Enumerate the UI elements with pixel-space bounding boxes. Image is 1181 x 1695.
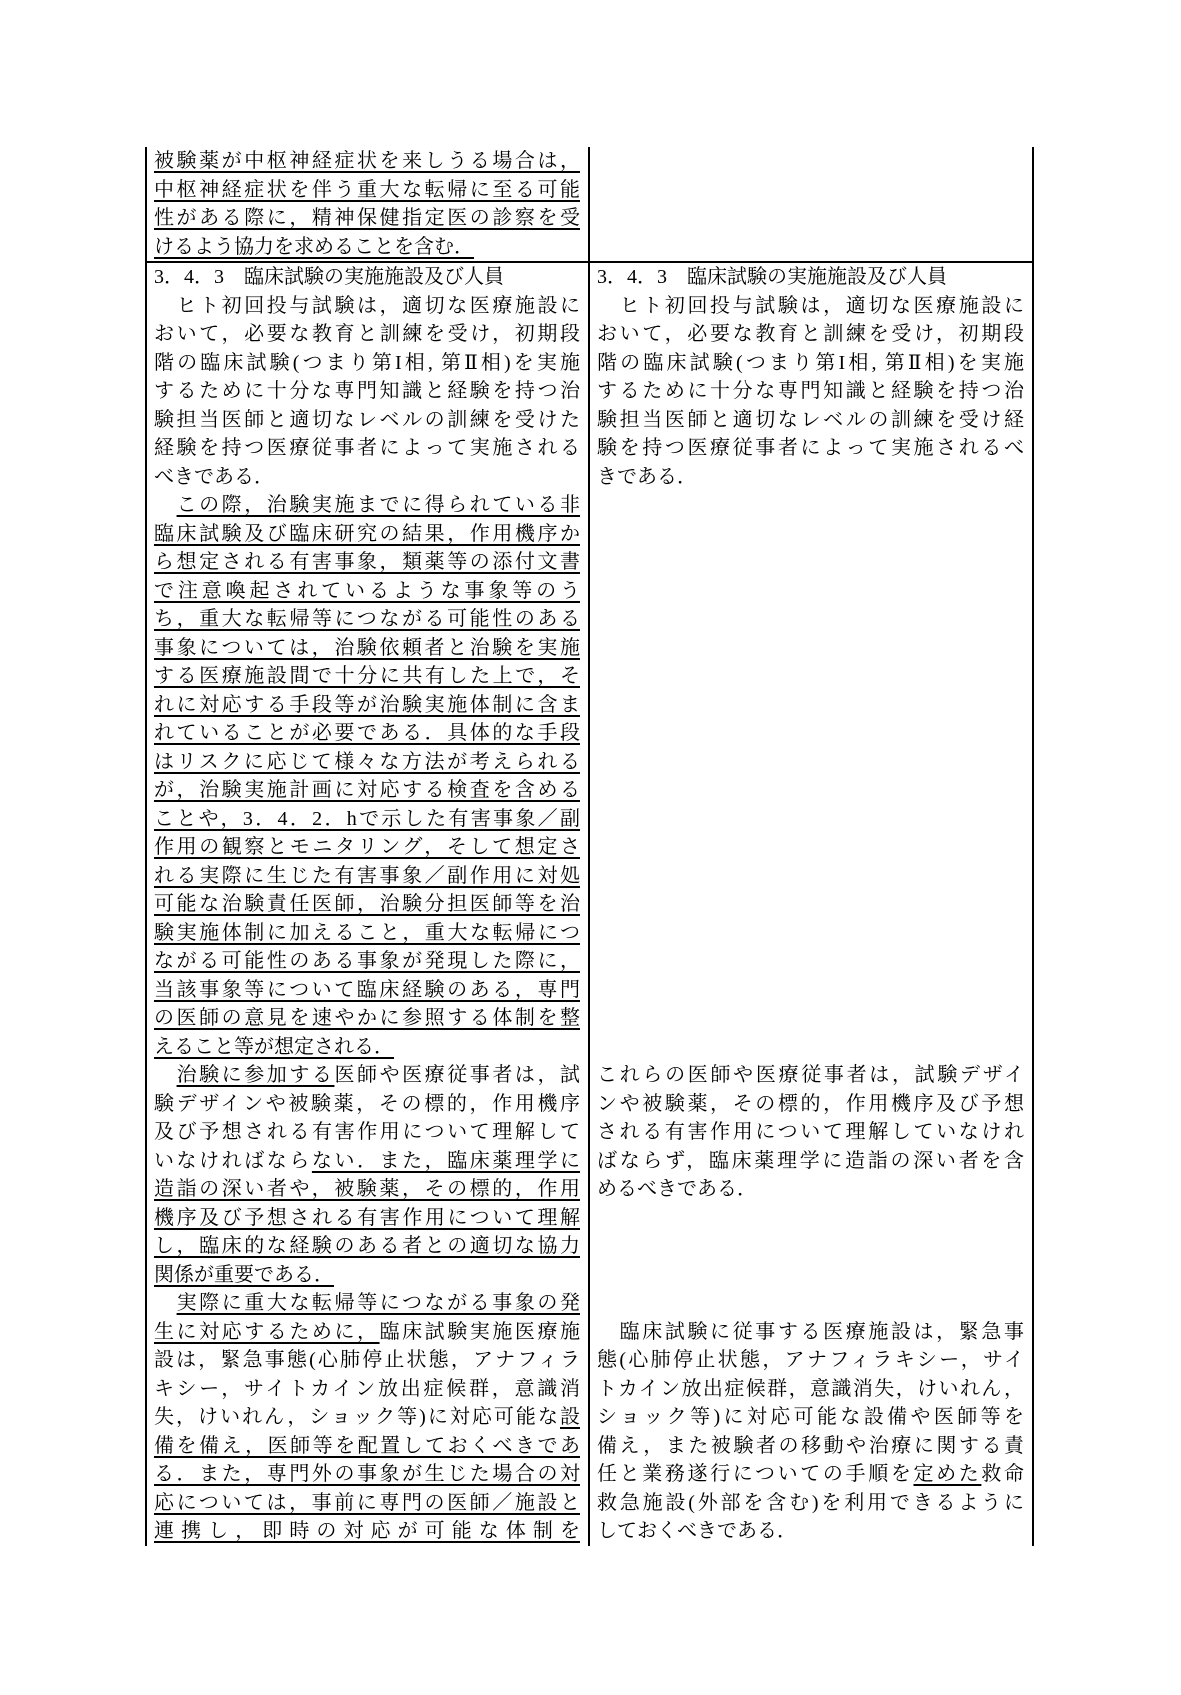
text-segment: 階の臨床試験(つまり第I相, 第Ⅱ相)を実施 bbox=[154, 352, 580, 374]
underlined-segment: で注意喚起されているような事象等のう bbox=[154, 580, 580, 602]
text-line: れに対応する手段等が治験実施体制に含ま bbox=[154, 691, 580, 720]
underlined-segment: が，治験実施計画に対応する検査を含める bbox=[154, 779, 580, 801]
text-line: 態(心肺停止状態，アナフィラキシー，サイ bbox=[597, 1346, 1024, 1375]
text-line: 任と業務遂行についての手順を定めた救命 bbox=[597, 1460, 1024, 1489]
text-segment: これらの医師や医療従事者は，試験デザイ bbox=[597, 1064, 1024, 1086]
text-line: するために十分な専門知識と経験を持つ治 bbox=[154, 377, 580, 406]
text-segment: 験デザインや被験薬，その標的，作用機序 bbox=[154, 1093, 580, 1115]
text-line: れる実際に生じた有害事象／副作用に対処 bbox=[154, 862, 580, 891]
comparison-table: 被験薬が中枢神経症状を来しうる場合は，中枢神経症状を伴う重大な転帰に至る可能性が… bbox=[145, 147, 1034, 1546]
text-line: 経験を持つ医療従事者によって実施される bbox=[154, 434, 580, 463]
underlined-segment: し，臨床的な経験のある者との適切な協力 bbox=[154, 1235, 580, 1257]
text-segment: 経験を持つ医療従事者によって実施される bbox=[154, 437, 580, 459]
paragraph: ヒト初回投与試験は，適切な医療施設において，必要な教育と訓練を受け，初期段階の臨… bbox=[154, 292, 580, 492]
text-segment: 態(心肺停止状態，アナフィラキシー，サイ bbox=[597, 1349, 1024, 1371]
text-line: しておくべきである． bbox=[597, 1517, 1024, 1546]
paragraph: ヒト初回投与試験は，適切な医療施設において，必要な教育と訓練を受け，初期段階の臨… bbox=[597, 292, 1024, 492]
underlined-segment: 設 bbox=[560, 1406, 580, 1428]
underlined-segment: 備を備え，医師等を配置しておくべきであ bbox=[154, 1435, 580, 1457]
text-segment: 階の臨床試験(つまり第I相, 第Ⅱ相)を実施 bbox=[597, 352, 1024, 374]
text-segment: いなければなら bbox=[154, 1150, 312, 1172]
text-segment: 備え，また被験者の移動や治療に関する責 bbox=[597, 1435, 1024, 1457]
text-segment: ショック等)に対応可能な設備や医師等を bbox=[597, 1406, 1024, 1428]
underlined-segment: ことや，3．4．2．hで示した有害事象／副 bbox=[154, 808, 580, 830]
text-line: 臨床試験及び臨床研究の結果，作用機序か bbox=[154, 520, 580, 549]
underlined-segment: 定めた bbox=[913, 1463, 981, 1485]
text-line: 生に対応するために，臨床試験実施医療施 bbox=[154, 1318, 580, 1347]
row-2-cell-right: 3．4．3 臨床試験の実施施設及び人員 ヒト初回投与試験は，適切な医療施設におい… bbox=[590, 263, 1034, 1546]
text-line: けるよう協力を求めることを含む． bbox=[154, 233, 580, 262]
text-line: 験デザインや被験薬，その標的，作用機序 bbox=[154, 1090, 580, 1119]
text-line: れていることが必要である．具体的な手段 bbox=[154, 719, 580, 748]
text-segment: 救命 bbox=[981, 1463, 1024, 1485]
text-segment: するために十分な専門知識と経験を持つ治 bbox=[154, 380, 580, 402]
text-segment: 任と業務遂行についての手順を bbox=[597, 1463, 913, 1485]
text-line: 被験薬が中枢神経症状を来しうる場合は， bbox=[154, 147, 580, 176]
text-line: キシー，サイトカイン放出症候群，意識消 bbox=[154, 1375, 580, 1404]
text-segment: べきである． bbox=[154, 466, 274, 488]
underlined-segment: 治験に参加する bbox=[177, 1064, 335, 1086]
document-page: 被験薬が中枢神経症状を来しうる場合は，中枢神経症状を伴う重大な転帰に至る可能性が… bbox=[0, 0, 1181, 1695]
underlined-segment: 事象については，治験依頼者と治験を実施 bbox=[154, 637, 580, 659]
paragraph: 治験に参加する医師や医療従事者は，試験デザインや被験薬，その標的，作用機序及び予… bbox=[154, 1061, 580, 1289]
text-line: 中枢神経症状を伴う重大な転帰に至る可能 bbox=[154, 176, 580, 205]
text-line: きである． bbox=[597, 463, 1024, 492]
text-line: めるべきである． bbox=[597, 1175, 1024, 1204]
text-line: ながる可能性のある事象が発現した際に， bbox=[154, 947, 580, 976]
text-segment: ヒト初回投与試験は，適切な医療施設に bbox=[154, 295, 580, 317]
underlined-segment: はリスクに応じて様々な方法が考えられる bbox=[154, 751, 580, 773]
underlined-segment: ち，重大な転帰等につながる可能性のある bbox=[154, 608, 580, 630]
underlined-segment: 生に対応するために， bbox=[154, 1321, 380, 1343]
underlined-segment: ない．また，臨床薬理学に bbox=[312, 1150, 580, 1172]
text-segment: 失，けいれん，ショック等)に対応可能な bbox=[154, 1406, 560, 1428]
underlined-segment: れに対応する手段等が治験実施体制に含ま bbox=[154, 694, 580, 716]
underlined-segment: 連携し，即時の対応が可能な体制を bbox=[154, 1520, 580, 1542]
text-segment: される有害作用について理解していなけれ bbox=[597, 1121, 1024, 1143]
text-line: ことや，3．4．2．hで示した有害事象／副 bbox=[154, 805, 580, 834]
text-line: 当該事象等について臨床経験のある，専門 bbox=[154, 976, 580, 1005]
text-line: おいて，必要な教育と訓練を受け，初期段 bbox=[597, 320, 1024, 349]
text-line: 階の臨床試験(つまり第I相, 第Ⅱ相)を実施 bbox=[154, 349, 580, 378]
text-line: する医療施設間で十分に共有した上で，そ bbox=[154, 662, 580, 691]
paragraph: この際，治験実施までに得られている非臨床試験及び臨床研究の結果，作用機序から想定… bbox=[154, 491, 580, 1061]
underlined-segment: する医療施設間で十分に共有した上で，そ bbox=[154, 665, 580, 687]
text-segment: ンや被験薬，その標的，作用機序及び予想 bbox=[597, 1093, 1024, 1115]
text-line: の医師の意見を速やかに参照する体制を整 bbox=[154, 1004, 580, 1033]
underlined-segment: 応については，事前に専門の医師／施設と bbox=[154, 1492, 580, 1514]
text-line: ヒト初回投与試験は，適切な医療施設に bbox=[154, 292, 580, 321]
text-line: 備を備え，医師等を配置しておくべきであ bbox=[154, 1432, 580, 1461]
underlined-segment: 関係が重要である． bbox=[154, 1264, 334, 1286]
text-line: し，臨床的な経験のある者との適切な協力 bbox=[154, 1232, 580, 1261]
underlined-segment: けるよう協力を求めることを含む． bbox=[154, 236, 474, 258]
text-line: 3．4．3 臨床試験の実施施設及び人員 bbox=[154, 263, 580, 292]
text-line: ち，重大な転帰等につながる可能性のある bbox=[154, 605, 580, 634]
text-line: 験担当医師と適切なレベルの訓練を受け経 bbox=[597, 406, 1024, 435]
paragraph: 3．4．3 臨床試験の実施施設及び人員 bbox=[154, 263, 580, 292]
paragraph: これらの医師や医療従事者は，試験デザインや被験薬，その標的，作用機序及び予想され… bbox=[597, 1061, 1024, 1204]
text-line: ショック等)に対応可能な設備や医師等を bbox=[597, 1403, 1024, 1432]
underlined-segment: ら想定される有害事象，類薬等の添付文書 bbox=[154, 551, 580, 573]
text-line: べきである． bbox=[154, 463, 580, 492]
text-line: ばならず，臨床薬理学に造詣の深い者を含 bbox=[597, 1147, 1024, 1176]
text-segment: 験担当医師と適切なレベルの訓練を受け経 bbox=[597, 409, 1024, 431]
text-line: で注意喚起されているような事象等のう bbox=[154, 577, 580, 606]
text-line: 作用の観察とモニタリング，そして想定さ bbox=[154, 833, 580, 862]
text-line: 救急施設(外部を含む)を利用できるように bbox=[597, 1489, 1024, 1518]
text-line: 機序及び予想される有害作用について理解 bbox=[154, 1204, 580, 1233]
text-line: る．また，専門外の事象が生じた場合の対 bbox=[154, 1460, 580, 1489]
text-line: 連携し，即時の対応が可能な体制を bbox=[154, 1517, 580, 1546]
text-line: おいて，必要な教育と訓練を受け，初期段 bbox=[154, 320, 580, 349]
text-line: ンや被験薬，その標的，作用機序及び予想 bbox=[597, 1090, 1024, 1119]
text-line: ら想定される有害事象，類薬等の添付文書 bbox=[154, 548, 580, 577]
underlined-segment: えること等が想定される． bbox=[154, 1036, 394, 1058]
underlined-segment: 当該事象等について臨床経験のある，専門 bbox=[154, 979, 580, 1001]
text-segment: 医師や医療従事者は，試 bbox=[334, 1064, 580, 1086]
text-segment: キシー，サイトカイン放出症候群，意識消 bbox=[154, 1378, 580, 1400]
underlined-segment: 性がある際に，精神保健指定医の診察を受 bbox=[154, 207, 580, 229]
text-segment: 臨床試験実施医療施 bbox=[380, 1321, 580, 1343]
underlined-segment: れる実際に生じた有害事象／副作用に対処 bbox=[154, 865, 580, 887]
text-segment bbox=[154, 1064, 177, 1086]
text-segment: おいて，必要な教育と訓練を受け，初期段 bbox=[154, 323, 580, 345]
text-segment: 設は，緊急事態(心肺停止状態，アナフィラ bbox=[154, 1349, 580, 1371]
underlined-segment: の医師の意見を速やかに参照する体制を整 bbox=[154, 1007, 580, 1029]
text-line: 験実施体制に加えること，重大な転帰につ bbox=[154, 919, 580, 948]
text-segment: するために十分な専門知識と経験を持つ治 bbox=[597, 380, 1024, 402]
underlined-segment: 被験薬が中枢神経症状を来しうる場合は， bbox=[154, 150, 580, 172]
text-line: 設は，緊急事態(心肺停止状態，アナフィラ bbox=[154, 1346, 580, 1375]
table-row-2: 3．4．3 臨床試験の実施施設及び人員 ヒト初回投与試験は，適切な医療施設におい… bbox=[145, 263, 1034, 1546]
text-line: 治験に参加する医師や医療従事者は，試 bbox=[154, 1061, 580, 1090]
text-line: ヒト初回投与試験は，適切な医療施設に bbox=[597, 292, 1024, 321]
text-segment: 臨床試験に従事する医療施設は，緊急事 bbox=[597, 1321, 1024, 1343]
text-line: 造詣の深い者や，被験薬，その標的，作用 bbox=[154, 1175, 580, 1204]
text-line: 備え，また被験者の移動や治療に関する責 bbox=[597, 1432, 1024, 1461]
text-line: 験担当医師と適切なレベルの訓練を受けた bbox=[154, 406, 580, 435]
underlined-segment: る．また，専門外の事象が生じた場合の対 bbox=[154, 1463, 580, 1485]
text-line: するために十分な専門知識と経験を持つ治 bbox=[597, 377, 1024, 406]
underlined-segment: 造詣の深い者や，被験薬，その標的，作用 bbox=[154, 1178, 580, 1200]
table-row-1: 被験薬が中枢神経症状を来しうる場合は，中枢神経症状を伴う重大な転帰に至る可能性が… bbox=[145, 147, 1034, 263]
text-line: が，治験実施計画に対応する検査を含める bbox=[154, 776, 580, 805]
underlined-segment: 臨床試験及び臨床研究の結果，作用機序か bbox=[154, 523, 580, 545]
text-segment bbox=[154, 494, 177, 516]
text-segment: 3．4．3 臨床試験の実施施設及び人員 bbox=[597, 266, 947, 288]
underlined-segment: ながる可能性のある事象が発現した際に， bbox=[154, 950, 580, 972]
text-line: トカイン放出症候群，意識消失，けいれん， bbox=[597, 1375, 1024, 1404]
text-segment: 3．4．3 臨床試験の実施施設及び人員 bbox=[154, 266, 504, 288]
text-line: 3．4．3 臨床試験の実施施設及び人員 bbox=[597, 263, 1024, 292]
text-line: 実際に重大な転帰等につながる事象の発 bbox=[154, 1289, 580, 1318]
text-segment: ばならず，臨床薬理学に造詣の深い者を含 bbox=[597, 1150, 1024, 1172]
text-segment: 及び予想される有害作用について理解して bbox=[154, 1121, 580, 1143]
underlined-segment: この際，治験実施までに得られている非 bbox=[177, 494, 580, 516]
paragraph: 臨床試験に従事する医療施設は，緊急事態(心肺停止状態，アナフィラキシー，サイトカ… bbox=[597, 1318, 1024, 1546]
text-line: 応については，事前に専門の医師／施設と bbox=[154, 1489, 580, 1518]
text-line: 事象については，治験依頼者と治験を実施 bbox=[154, 634, 580, 663]
text-line: 性がある際に，精神保健指定医の診察を受 bbox=[154, 204, 580, 233]
underlined-segment: 実際に重大な転帰等につながる事象の発 bbox=[177, 1292, 580, 1314]
paragraph: 実際に重大な転帰等につながる事象の発生に対応するために，臨床試験実施医療施設は，… bbox=[154, 1289, 580, 1546]
paragraph: 3．4．3 臨床試験の実施施設及び人員 bbox=[597, 263, 1024, 292]
text-segment: めるべきである． bbox=[597, 1178, 757, 1200]
underlined-segment: 作用の観察とモニタリング，そして想定さ bbox=[154, 836, 580, 858]
underlined-segment: 中枢神経症状を伴う重大な転帰に至る可能 bbox=[154, 179, 580, 201]
text-segment: トカイン放出症候群，意識消失，けいれん， bbox=[597, 1378, 1024, 1400]
text-line: 験を持つ医療従事者によって実施されるべ bbox=[597, 434, 1024, 463]
text-segment: 験担当医師と適切なレベルの訓練を受けた bbox=[154, 409, 580, 431]
text-segment: ヒト初回投与試験は，適切な医療施設に bbox=[597, 295, 1024, 317]
text-line: 臨床試験に従事する医療施設は，緊急事 bbox=[597, 1318, 1024, 1347]
underlined-segment: れていることが必要である．具体的な手段 bbox=[154, 722, 580, 744]
row-2-cell-left: 3．4．3 臨床試験の実施施設及び人員 ヒト初回投与試験は，適切な医療施設におい… bbox=[145, 263, 590, 1546]
row-1-cell-right bbox=[590, 147, 1034, 261]
text-segment: きである． bbox=[597, 466, 697, 488]
text-line: 階の臨床試験(つまり第I相, 第Ⅱ相)を実施 bbox=[597, 349, 1024, 378]
underlined-segment: 可能な治験責任医師，治験分担医師等を治 bbox=[154, 893, 580, 915]
text-line: 可能な治験責任医師，治験分担医師等を治 bbox=[154, 890, 580, 919]
text-line: はリスクに応じて様々な方法が考えられる bbox=[154, 748, 580, 777]
text-line: 失，けいれん，ショック等)に対応可能な設 bbox=[154, 1403, 580, 1432]
text-line: される有害作用について理解していなけれ bbox=[597, 1118, 1024, 1147]
text-line: 及び予想される有害作用について理解して bbox=[154, 1118, 580, 1147]
text-line: これらの医師や医療従事者は，試験デザイ bbox=[597, 1061, 1024, 1090]
underlined-segment: 験実施体制に加えること，重大な転帰につ bbox=[154, 922, 580, 944]
text-segment: 験を持つ医療従事者によって実施されるべ bbox=[597, 437, 1024, 459]
text-segment: しておくべきである． bbox=[597, 1520, 797, 1542]
text-line: いなければならない．また，臨床薬理学に bbox=[154, 1147, 580, 1176]
text-line: えること等が想定される． bbox=[154, 1033, 580, 1062]
text-line: 関係が重要である． bbox=[154, 1261, 580, 1290]
text-segment: おいて，必要な教育と訓練を受け，初期段 bbox=[597, 323, 1024, 345]
paragraph: 被験薬が中枢神経症状を来しうる場合は，中枢神経症状を伴う重大な転帰に至る可能性が… bbox=[154, 147, 580, 261]
text-line: この際，治験実施までに得られている非 bbox=[154, 491, 580, 520]
row-1-cell-left: 被験薬が中枢神経症状を来しうる場合は，中枢神経症状を伴う重大な転帰に至る可能性が… bbox=[145, 147, 590, 261]
text-segment bbox=[154, 1292, 177, 1314]
text-segment: 救急施設(外部を含む)を利用できるように bbox=[597, 1492, 1024, 1514]
underlined-segment: 機序及び予想される有害作用について理解 bbox=[154, 1207, 580, 1229]
